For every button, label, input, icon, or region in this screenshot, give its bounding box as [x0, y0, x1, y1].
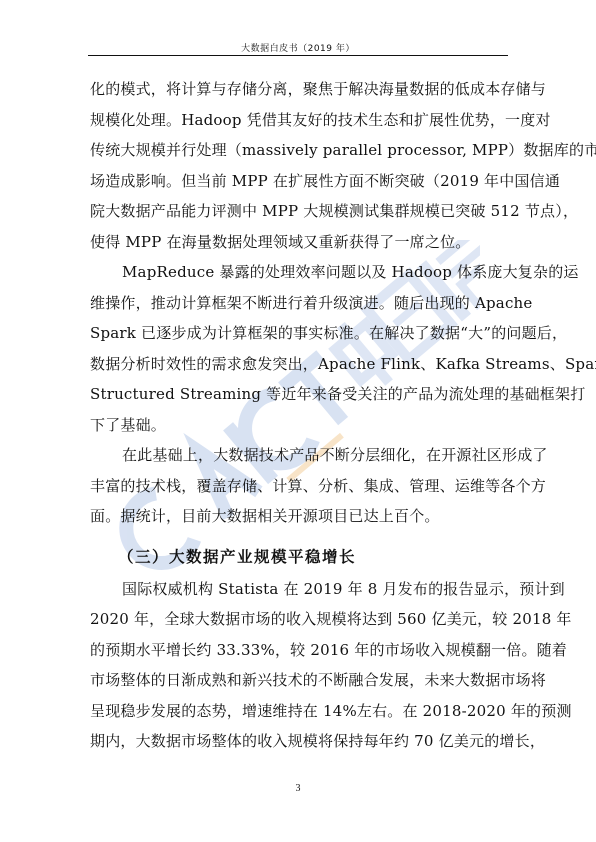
text-line: 在此基础上，大数据技术产品不断分层细化，在开源社区形成了: [90, 440, 506, 471]
text-line: 下了基础。: [90, 410, 506, 441]
paragraph-tech-stack: 在此基础上，大数据技术产品不断分层细化，在开源社区形成了 丰富的技术栈，覆盖存储…: [90, 440, 506, 532]
header-rule-divider: [88, 55, 508, 56]
text-line: 院大数据产品能力评测中 MPP 大规模测试集群规模已突破 512 节点），: [90, 196, 506, 227]
text-line: 市场整体的日渐成熟和新兴技术的不断融合发展，未来大数据市场将: [90, 665, 506, 696]
text-line: 规模化处理。Hadoop 凭借其友好的技术生态和扩展性优势，一度对: [90, 105, 506, 136]
text-line: 丰富的技术栈，覆盖存储、计算、分析、集成、管理、运维等各个方: [90, 471, 506, 502]
text-line: 呈现稳步发展的态势，增速维持在 14%左右。在 2018-2020 年的预测: [90, 696, 506, 727]
paragraph-storage-compute: 化的模式，将计算与存储分离，聚焦于解决海量数据的低成本存储与 规模化处理。Had…: [90, 74, 506, 257]
section-heading: （三）大数据产业规模平稳增长: [90, 536, 506, 578]
text-line: MapReduce 暴露的处理效率问题以及 Hadoop 体系庞大复杂的运: [90, 257, 506, 288]
text-line: Structured Streaming 等近年来备受关注的产品为流处理的基础框…: [90, 379, 506, 410]
document-body: 化的模式，将计算与存储分离，聚焦于解决海量数据的低成本存储与 规模化处理。Had…: [90, 74, 506, 757]
text-line: 国际权威机构 Statista 在 2019 年 8 月发布的报告显示，预计到: [90, 574, 506, 605]
text-line: 场造成影响。但当前 MPP 在扩展性方面不断突破（2019 年中国信通: [90, 166, 506, 197]
paragraph-market-growth: 国际权威机构 Statista 在 2019 年 8 月发布的报告显示，预计到 …: [90, 574, 506, 757]
page-number: 3: [0, 783, 596, 794]
text-line: 的预期水平增长约 33.33%，较 2016 年的市场收入规模翻一倍。随着: [90, 635, 506, 666]
text-line: 2020 年，全球大数据市场的收入规模将达到 560 亿美元，较 2018 年: [90, 604, 506, 635]
paragraph-compute-frameworks: MapReduce 暴露的处理效率问题以及 Hadoop 体系庞大复杂的运 维操…: [90, 257, 506, 440]
text-line: 使得 MPP 在海量数据处理领域又重新获得了一席之位。: [90, 227, 506, 258]
text-line: 数据分析时效性的需求愈发突出，Apache Flink、Kafka Stream…: [90, 349, 506, 380]
document-page: 大数据白皮书（2019 年）: [0, 0, 596, 842]
running-header-title: 大数据白皮书（2019 年）: [0, 41, 596, 54]
text-line: 传统大规模并行处理（massively parallel processor, …: [90, 135, 506, 166]
text-line: Spark 已逐步成为计算框架的事实标准。在解决了数据“大”的问题后，: [90, 318, 506, 349]
text-line: 面。据统计，目前大数据相关开源项目已达上百个。: [90, 501, 506, 532]
text-line: 化的模式，将计算与存储分离，聚焦于解决海量数据的低成本存储与: [90, 74, 506, 105]
text-line: 维操作，推动计算框架不断进行着升级演进。随后出现的 Apache: [90, 288, 506, 319]
text-line: 期内，大数据市场整体的收入规模将保持每年约 70 亿美元的增长，: [90, 726, 506, 757]
